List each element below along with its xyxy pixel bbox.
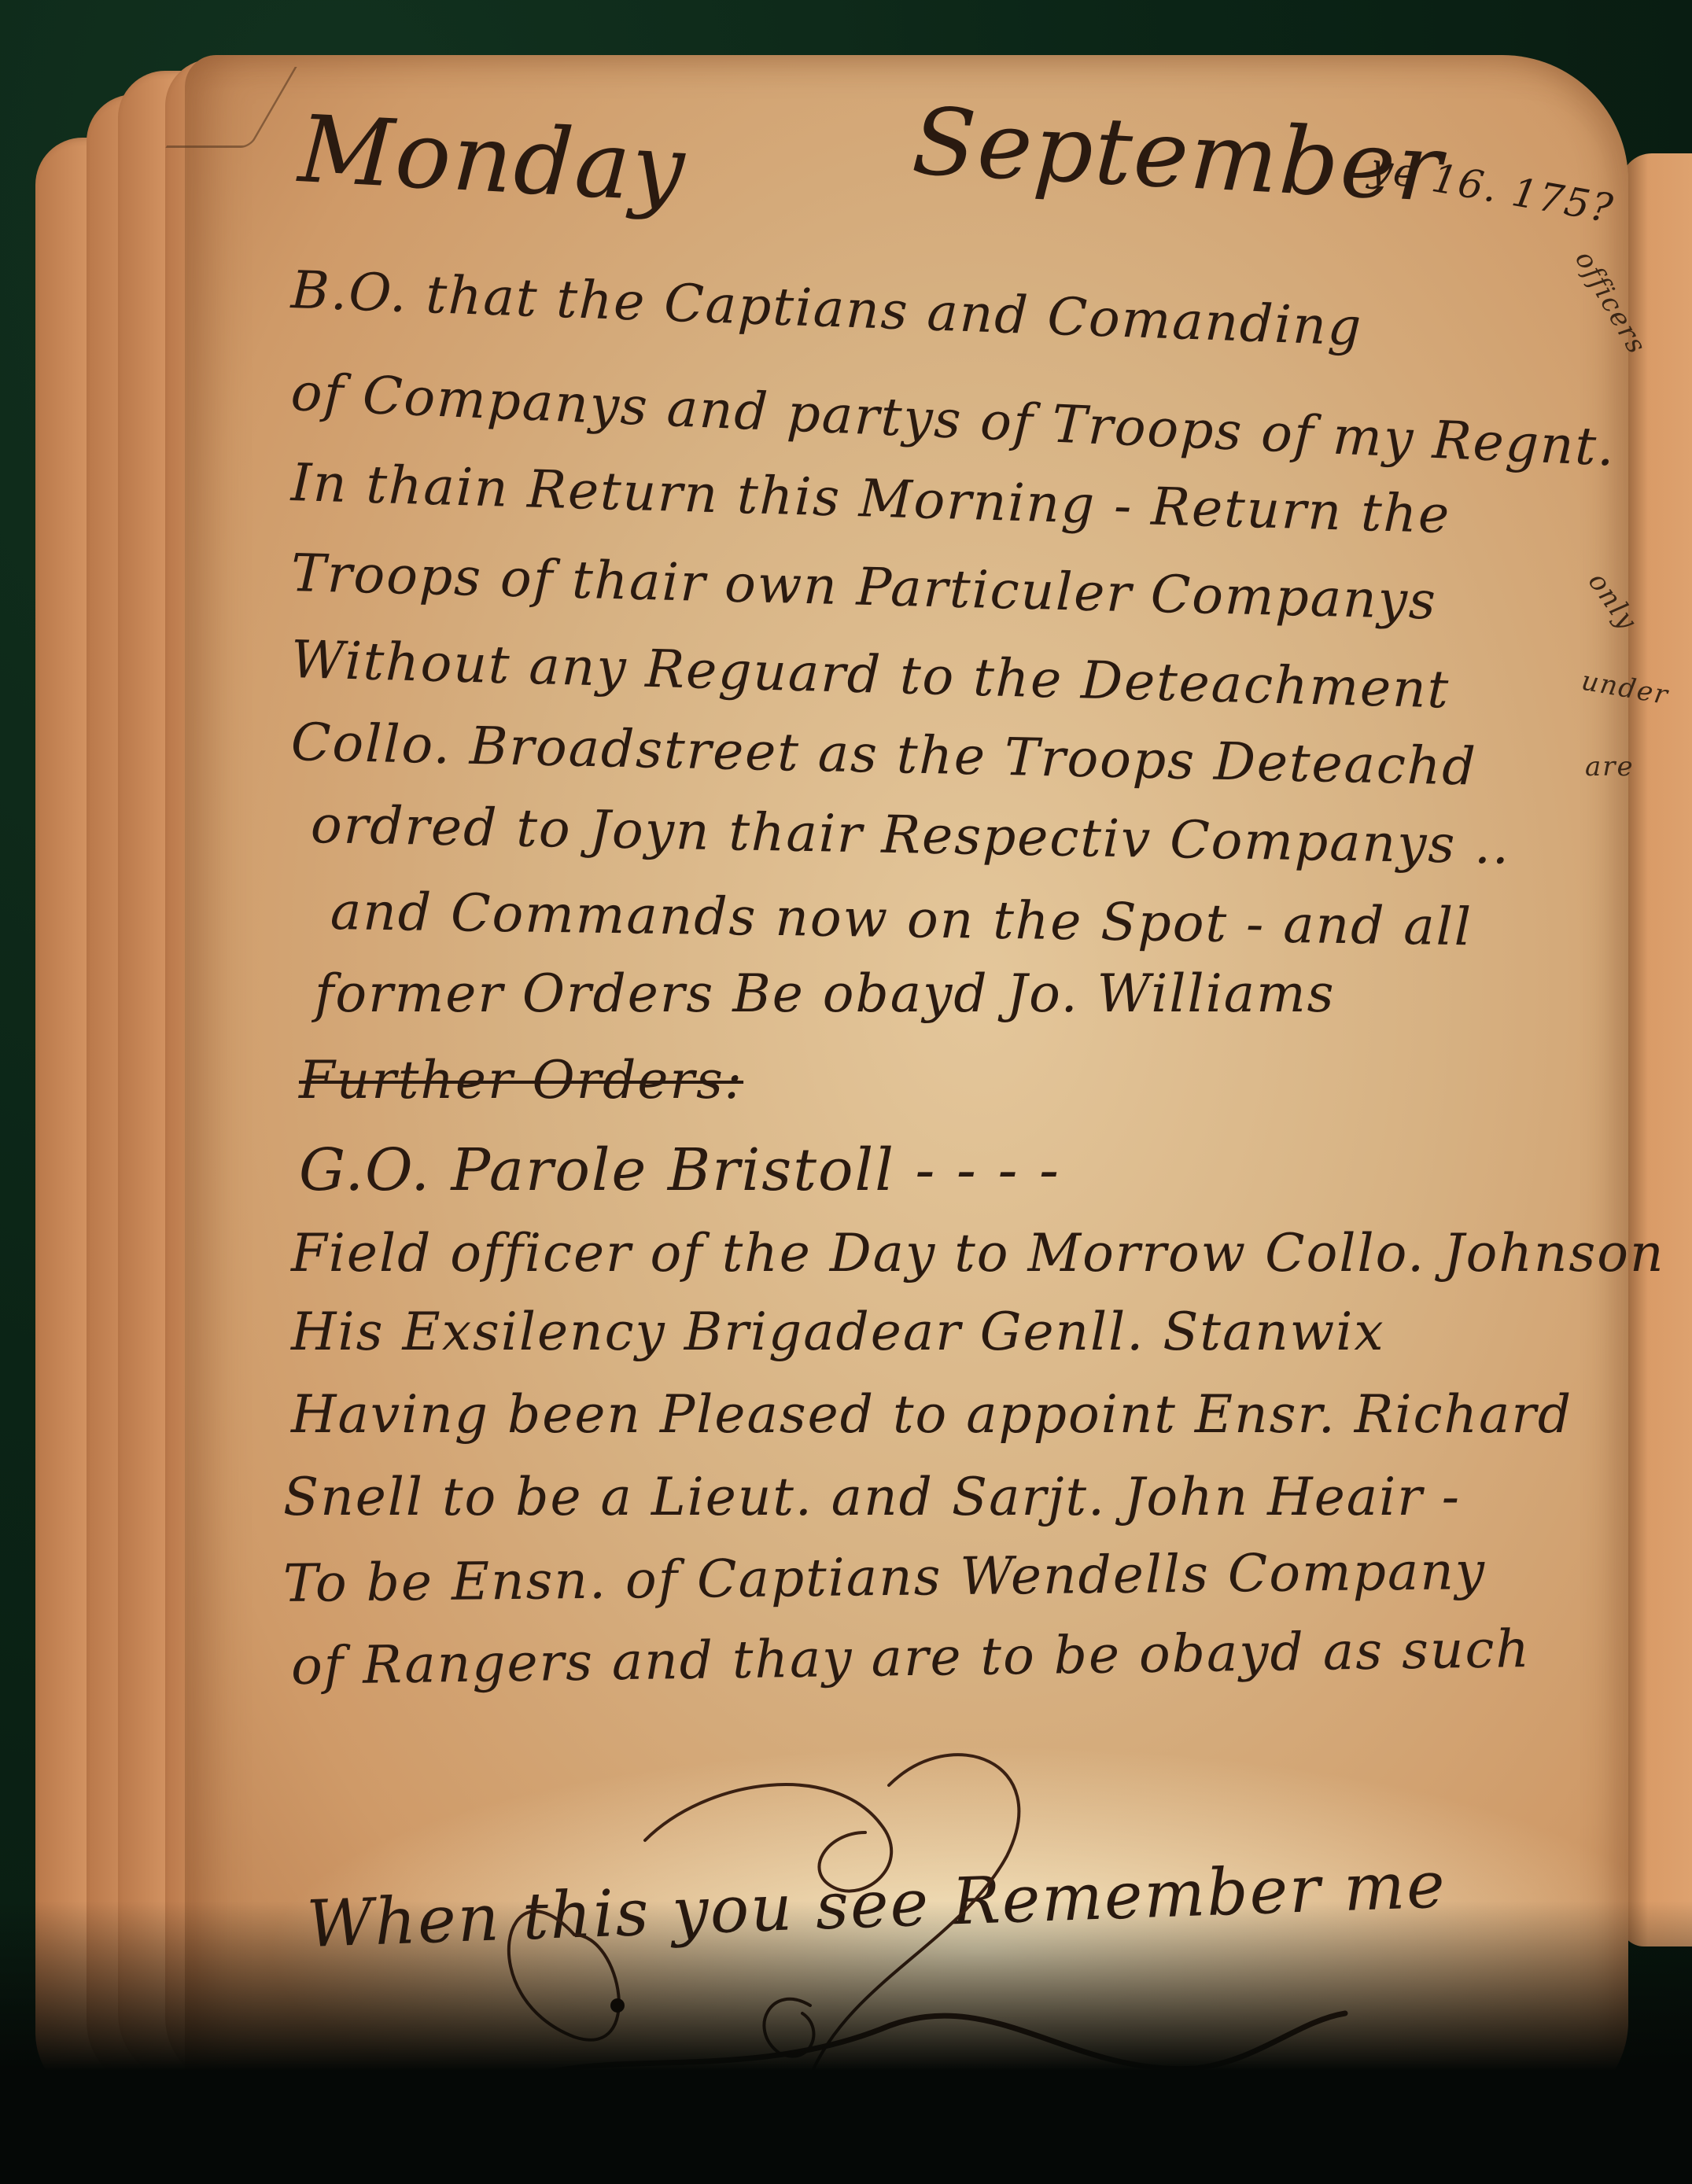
entry-go-line-3: His Exsilency Brigadear Genll. Stanwix: [291, 1302, 1385, 1362]
entry-go-line-1: G.O. Parole Bristoll - - - -: [299, 1136, 1060, 1204]
entry-go-line-6: To be Ensn. of Captians Wendells Company: [283, 1541, 1487, 1614]
felt-shadow-bottom: [0, 1901, 1692, 2184]
entry-go-line-4: Having been Pleased to appoint Ensr. Ric…: [291, 1384, 1572, 1445]
entry-go-line-2: Field officer of the Day to Morrow Collo…: [291, 1223, 1664, 1284]
margin-note-are: are: [1585, 751, 1635, 783]
entry-bo-line-9-signature: former Orders Be obayd Jo. Williams: [315, 963, 1336, 1024]
header-day: Monday: [296, 94, 688, 223]
struck-further-orders: Further Orders:: [299, 1050, 743, 1110]
facing-page: [1620, 153, 1692, 1946]
entry-go-line-5: Snell to be a Lieut. and Sarjt. John Hea…: [283, 1467, 1461, 1527]
